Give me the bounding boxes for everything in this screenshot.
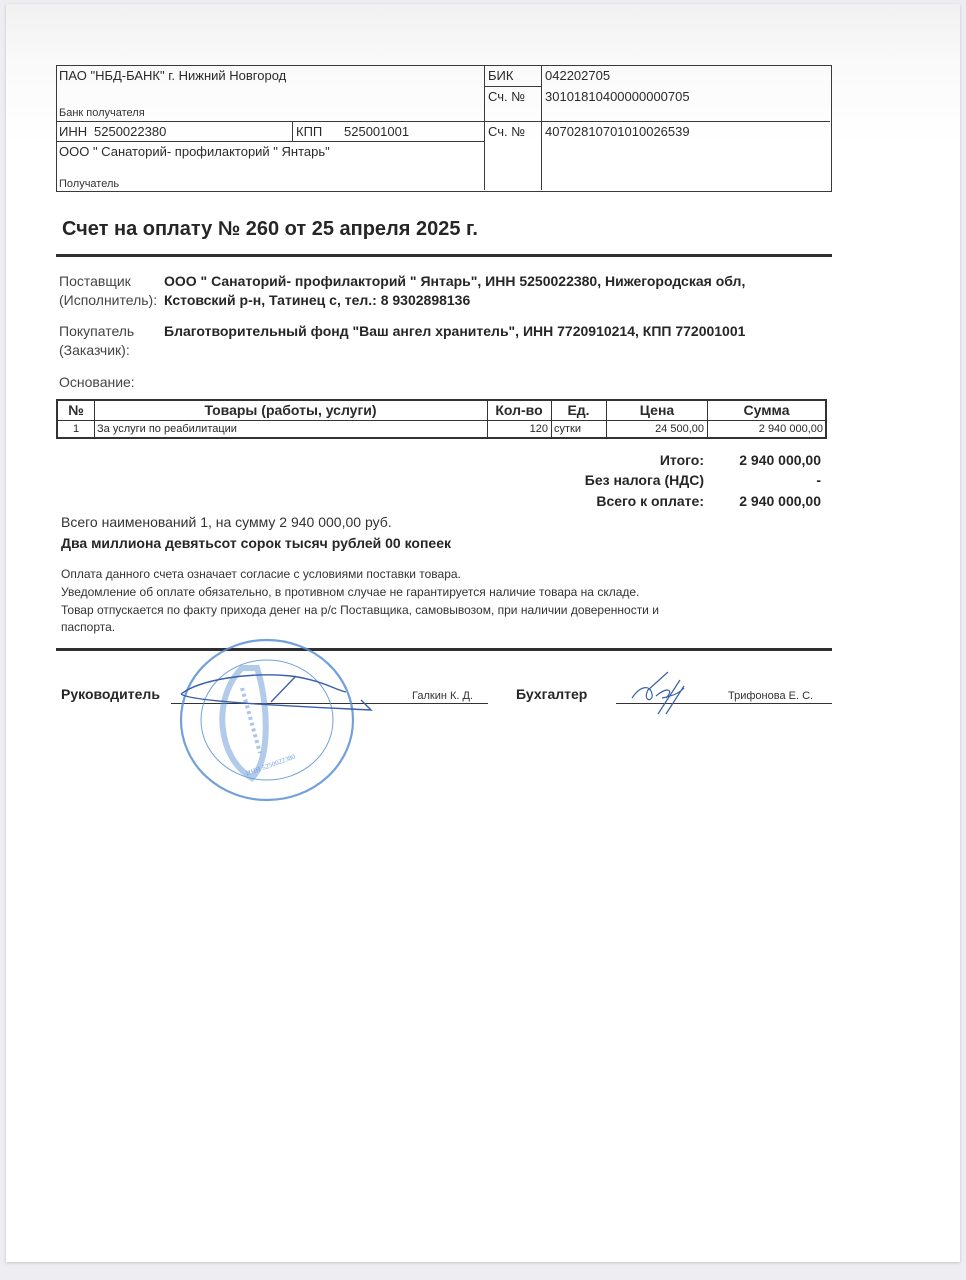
due-label: Всего к оплате: [506,493,704,509]
divider [484,66,485,190]
title-rule [56,254,832,257]
bik-label: БИК [488,68,513,83]
header-qty: Кол-во [487,402,551,418]
note-line: Товар отпускается по факту прихода денег… [61,602,831,619]
buyer-value: Благотворительный фонд "Ваш ангел хранит… [164,322,745,341]
svg-text:ИНН 5250022380: ИНН 5250022380 [245,752,297,777]
recipient-label: Получатель [59,178,119,190]
director-name: Галкин К. Д. [412,690,473,702]
bank-label: Банк получателя [59,107,145,119]
header-goods: Товары (работы, услуги) [94,402,487,418]
row-num: 1 [58,423,94,435]
amount-in-words: Два миллиона девятьсот сорок тысяч рубле… [61,535,451,551]
divider [292,121,293,141]
kpp-value: 525001001 [344,124,409,139]
supplier-line2: Кстовский р-н, Татинец с, тел.: 8 930289… [164,291,844,310]
vat-label: Без налога (НДС) [506,472,704,488]
account-value: 40702810701010026539 [545,124,690,139]
divider [57,121,830,122]
corr-account-label: Сч. № [488,89,525,104]
supplier-label: Поставщик (Исполнитель): [59,272,164,312]
total-value: 2 940 000,00 [706,452,821,468]
invoice-title: Счет на оплату № 260 от 25 апреля 2025 г… [62,218,478,241]
invoice-page: ПАО "НБД-БАНК" г. Нижний Новгород Банк п… [6,4,960,1262]
buyer-label-line2: (Заказчик): [59,341,164,360]
total-label: Итого: [506,452,704,468]
director-signature [171,654,381,714]
bank-name: ПАО "НБД-БАНК" г. Нижний Новгород [59,68,286,83]
row-unit: сутки [554,423,581,435]
bik-value: 042202705 [545,68,610,83]
row-qty: 120 [487,423,548,435]
director-label: Руководитель [61,686,160,702]
accountant-signature [628,668,698,718]
account-label: Сч. № [488,124,525,139]
note-line: Оплата данного счета означает согласие с… [61,566,831,583]
accountant-label: Бухгалтер [516,686,587,702]
inn-label: ИНН [59,124,87,139]
items-table: № Товары (работы, услуги) Кол-во Ед. Цен… [56,399,827,439]
inn-value: 5250022380 [94,124,166,139]
supplier-value: ООО " Санаторий- профилакторий " Янтарь"… [164,272,844,310]
buyer-label-line1: Покупатель [59,322,164,341]
supplier-label-line2: (Исполнитель): [59,291,164,310]
corr-account-value: 30101810400000000705 [545,89,690,104]
header-num: № [58,402,94,418]
due-value: 2 940 000,00 [706,493,821,509]
supplier-line1: ООО " Санаторий- профилакторий " Янтарь"… [164,272,844,291]
basis-label: Основание: [59,373,135,392]
header-price: Цена [607,402,707,418]
buyer-label: Покупатель (Заказчик): [59,322,164,360]
supplier-label-line1: Поставщик [59,272,164,291]
row-name: За услуги по реабилитации [97,423,237,435]
bank-details-table: ПАО "НБД-БАНК" г. Нижний Новгород Банк п… [56,65,832,192]
divider [484,86,541,87]
row-price: 24 500,00 [607,423,704,435]
terms-notes: Оплата данного счета означает согласие с… [61,566,831,636]
kpp-label: КПП [296,124,322,139]
divider [58,420,825,421]
header-sum: Сумма [708,402,825,418]
divider [541,66,542,190]
note-line: Уведомление об оплате обязательно, в про… [61,584,831,601]
vat-value: - [706,472,821,488]
header-unit: Ед. [551,402,606,418]
accountant-name: Трифонова Е. С. [728,690,813,702]
divider [57,141,484,142]
items-count-summary: Всего наименований 1, на сумму 2 940 000… [61,514,392,530]
recipient-name: ООО " Санаторий- профилакторий " Янтарь" [59,144,330,159]
row-sum: 2 940 000,00 [708,423,823,435]
